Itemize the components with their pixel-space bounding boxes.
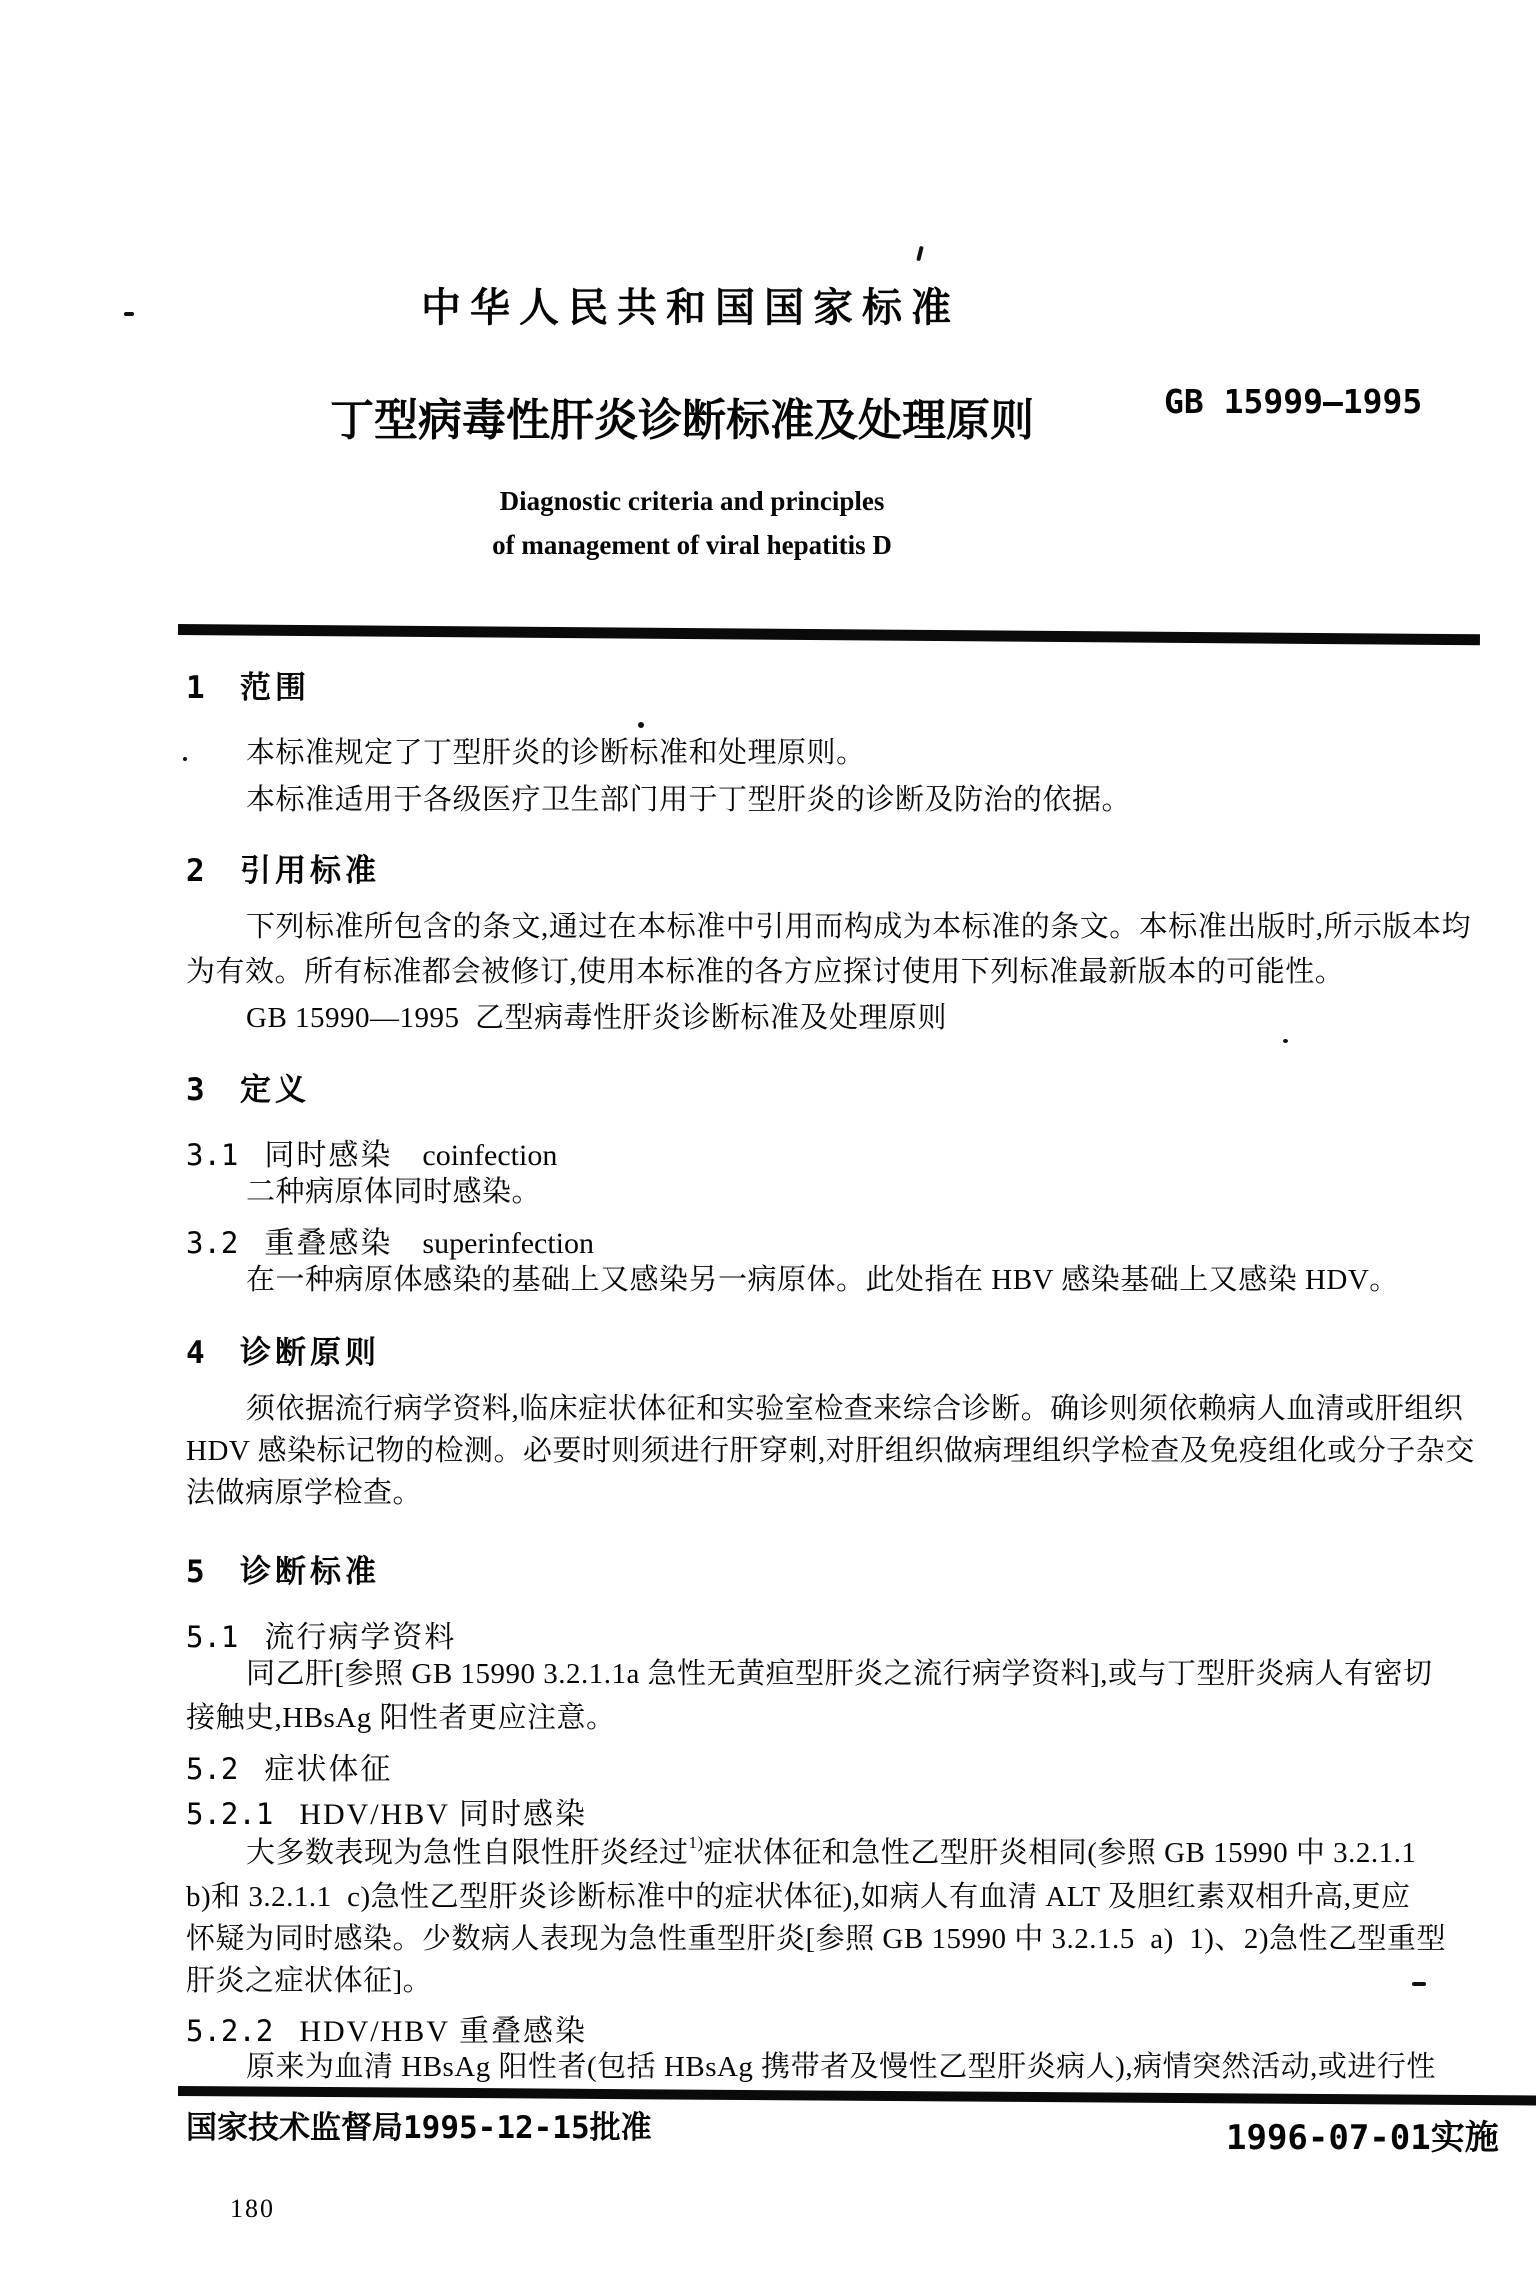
subsection-number: 3.2 <box>186 1226 238 1260</box>
paragraph-line: HDV 感染标记物的检测。必要时则须进行肝穿刺,对肝组织做病理组织学检查及免疫组… <box>186 1434 1475 1468</box>
paragraph-line: 接触史,HBsAg 阳性者更应注意。 <box>186 1701 616 1735</box>
footnote-reference: 1) <box>689 1833 704 1852</box>
subsection-5-2-2-heading: 5.2.2HDV/HBV 重叠感染 <box>186 2006 587 2050</box>
document-title-english-line1: Diagnostic criteria and principles <box>330 486 1054 517</box>
standard-label: 中华人民共和国国家标准 <box>421 276 960 333</box>
subsection-number: 5.1 <box>186 1620 238 1654</box>
section-2-heading: 2引用标准 <box>186 845 380 890</box>
section-3-heading: 3定义 <box>186 1064 310 1109</box>
section-1-heading: 1范围 <box>186 662 310 707</box>
paragraph-line: 原来为血清 HBsAg 阳性者(包括 HBsAg 携带者及慢性乙型肝炎病人),病… <box>246 2050 1436 2084</box>
standard-number: GB 15999—1995 <box>1164 382 1422 421</box>
paragraph-line: 怀疑为同时感染。少数病人表现为急性重型肝炎[参照 GB 15990 中 3.2.… <box>186 1922 1446 1956</box>
section-title: 诊断原则 <box>240 1335 380 1370</box>
subsection-3-2-heading: 3.2重叠感染superinfection <box>186 1218 594 1262</box>
header-rule <box>178 624 1480 645</box>
section-number: 2 <box>186 853 206 889</box>
section-number: 1 <box>186 670 206 706</box>
subsection-5-2-1-heading: 5.2.1HDV/HBV 同时感染 <box>186 1789 587 1833</box>
section-5-heading: 5诊断标准 <box>186 1546 380 1591</box>
paragraph-line: b)和 3.2.1.1 c)急性乙型肝炎诊断标准中的症状体征),如病人有血清 A… <box>186 1880 1411 1914</box>
scan-artifact <box>638 722 644 728</box>
section-4-heading: 4诊断原则 <box>186 1327 380 1372</box>
paragraph-line: 同乙肝[参照 GB 15990 3.2.1.1a 急性无黄疸型肝炎之流行病学资料… <box>246 1657 1432 1691</box>
subsection-number: 3.1 <box>186 1138 238 1172</box>
term-english: coinfection <box>422 1139 557 1172</box>
term-chinese: 同时感染 <box>264 1139 392 1172</box>
section-number: 5 <box>186 1554 206 1590</box>
subsection-3-1-heading: 3.1同时感染coinfection <box>186 1130 557 1174</box>
subsection-5-1-heading: 5.1流行病学资料 <box>186 1612 456 1656</box>
text-segment: 症状体征和急性乙型肝炎相同(参照 GB 15990 中 3.2.1.1 <box>704 1837 1417 1869</box>
document-page: 中华人民共和国国家标准 丁型病毒性肝炎诊断标准及处理原则 GB 15999—19… <box>0 0 1536 2285</box>
section-title: 诊断标准 <box>240 1554 380 1589</box>
paragraph-line: 本标准规定了丁型肝炎的诊断标准和处理原则。 <box>246 736 866 770</box>
term-chinese: 重叠感染 <box>264 1227 392 1260</box>
subsection-number: 5.2 <box>186 1752 238 1786</box>
document-title-english-line2: of management of viral hepatitis D <box>330 530 1054 561</box>
subsection-number: 5.2.1 <box>186 1797 273 1831</box>
paragraph-line: 在一种病原体感染的基础上又感染另一病原体。此处指在 HBV 感染基础上又感染 H… <box>246 1263 1399 1297</box>
subsection-title: HDV/HBV 重叠感染 <box>299 2015 587 2048</box>
subsection-5-2-heading: 5.2症状体征 <box>186 1744 392 1788</box>
subsection-number: 5.2.2 <box>186 2014 273 2048</box>
text-segment: 大多数表现为急性自限性肝炎经过 <box>246 1837 689 1869</box>
term-english: superinfection <box>422 1227 594 1260</box>
section-title: 范围 <box>240 670 310 705</box>
paragraph-line: 下列标准所包含的条文,通过在本标准中引用而构成为本标准的条文。本标准出版时,所示… <box>246 910 1471 944</box>
section-number: 4 <box>186 1335 206 1371</box>
paragraph-line: 肝炎之症状体征]。 <box>186 1964 432 1998</box>
section-number: 3 <box>186 1072 206 1108</box>
section-title: 定义 <box>240 1072 310 1107</box>
paragraph-line: 二种病原体同时感染。 <box>246 1175 541 1209</box>
subsection-title: 流行病学资料 <box>264 1621 456 1654</box>
paragraph-line: 大多数表现为急性自限性肝炎经过1)症状体征和急性乙型肝炎相同(参照 GB 159… <box>246 1836 1416 1870</box>
referenced-standard: GB 15990—1995 乙型病毒性肝炎诊断标准及处理原则 <box>246 1001 947 1035</box>
scan-artifact <box>1412 1982 1426 1986</box>
implementation-date: 1996-07-01实施 <box>1226 2110 1499 2159</box>
scan-artifact <box>916 246 924 262</box>
scan-artifact <box>183 757 187 761</box>
scan-artifact <box>124 312 134 316</box>
paragraph-line: 须依据流行病学资料,临床症状体征和实验室检查来综合诊断。确诊则须依赖病人血清或肝… <box>246 1392 1463 1426</box>
section-title: 引用标准 <box>240 853 380 888</box>
paragraph-line: 为有效。所有标准都会被修订,使用本标准的各方应探讨使用下列标准最新版本的可能性。 <box>186 955 1344 989</box>
subsection-title: 症状体征 <box>264 1753 392 1786</box>
scan-artifact <box>1283 1039 1288 1043</box>
paragraph-line: 法做病原学检查。 <box>186 1476 422 1510</box>
document-title: 丁型病毒性肝炎诊断标准及处理原则 <box>330 384 1034 448</box>
approval-statement: 国家技术监督局1995-12-15批准 <box>186 2102 652 2147</box>
page-number: 180 <box>230 2194 275 2224</box>
subsection-title: HDV/HBV 同时感染 <box>299 1798 587 1831</box>
paragraph-line: 本标准适用于各级医疗卫生部门用于丁型肝炎的诊断及防治的依据。 <box>246 783 1131 817</box>
